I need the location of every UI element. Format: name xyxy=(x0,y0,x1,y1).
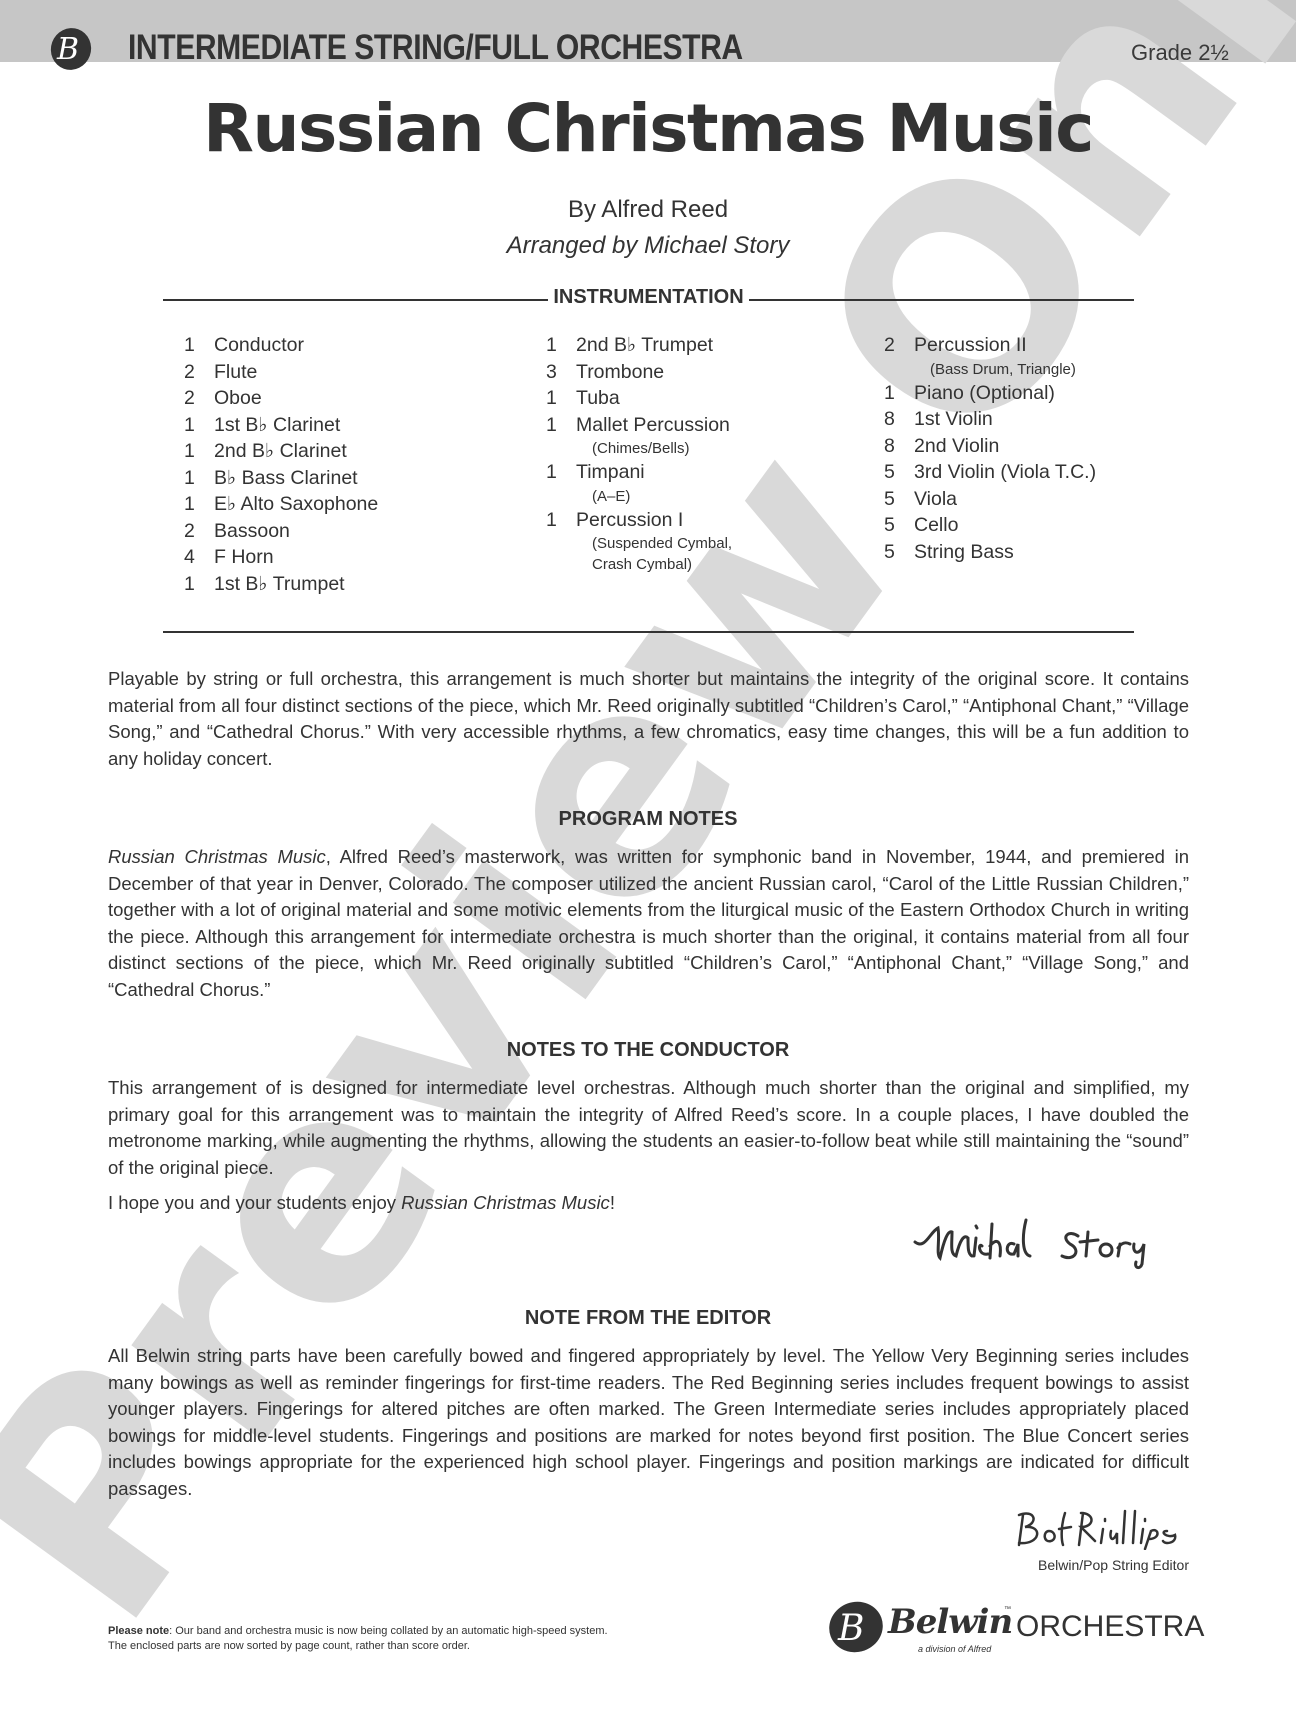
instrument-note: (Suspended Cymbal, xyxy=(546,533,732,554)
instrument-count: 1 xyxy=(546,459,576,486)
instrument-item: 82nd Violin xyxy=(884,433,1096,460)
instrument-item: 12nd B♭ Clarinet xyxy=(184,438,378,465)
instrument-count: 4 xyxy=(184,544,214,571)
belwin-b-logo-icon: B xyxy=(48,26,94,72)
program-notes-heading: PROGRAM NOTES xyxy=(0,808,1296,831)
instrument-count: 1 xyxy=(546,412,576,439)
instrument-name: Flute xyxy=(214,359,257,386)
instrument-item: 1Conductor xyxy=(184,332,378,359)
instrument-item: 5String Bass xyxy=(884,539,1096,566)
instrument-item: 2Oboe xyxy=(184,385,378,412)
instrument-count: 1 xyxy=(546,507,576,534)
page-title: Russian Christmas Music xyxy=(0,90,1296,167)
orchestra-wordmark: ORCHESTRA xyxy=(1016,1610,1204,1644)
instrument-item: 53rd Violin (Viola T.C.) xyxy=(884,459,1096,486)
closing-text: I hope you and your students enjoy xyxy=(108,1192,401,1213)
instrument-name: Tuba xyxy=(576,385,620,412)
instrument-name: Percussion I xyxy=(576,507,683,534)
instrument-item: 3Trombone xyxy=(546,359,732,386)
instrument-count: 1 xyxy=(184,438,214,465)
instrument-count: 8 xyxy=(884,406,914,433)
instrument-count: 5 xyxy=(884,459,914,486)
instrument-name: String Bass xyxy=(914,539,1014,566)
instrument-item: 2Bassoon xyxy=(184,518,378,545)
program-notes-text: , Alfred Reed’s masterwork, was written … xyxy=(108,846,1189,1000)
instrument-item: 5Cello xyxy=(884,512,1096,539)
instrument-count: 5 xyxy=(884,539,914,566)
conductor-notes-heading: NOTES TO THE CONDUCTOR xyxy=(0,1039,1296,1062)
instrument-name: 3rd Violin (Viola T.C.) xyxy=(914,459,1096,486)
instrument-name: Bassoon xyxy=(214,518,290,545)
instrument-count: 1 xyxy=(184,332,214,359)
instrument-name: Oboe xyxy=(214,385,262,412)
instrument-item: 4F Horn xyxy=(184,544,378,571)
instrumentation-bottom-rule xyxy=(163,631,1134,633)
instrument-column-3: 2Percussion II(Bass Drum, Triangle)1Pian… xyxy=(884,332,1096,565)
closing-italic: Russian Christmas Music xyxy=(401,1192,610,1213)
instrument-name: Piano (Optional) xyxy=(914,380,1055,407)
instrument-name: 2nd Violin xyxy=(914,433,999,460)
instrument-count: 5 xyxy=(884,486,914,513)
instrument-count: 1 xyxy=(546,332,576,359)
instrument-name: Viola xyxy=(914,486,957,513)
instrument-count: 1 xyxy=(184,412,214,439)
instrument-name: F Horn xyxy=(214,544,274,571)
grade-label: Grade 2½ xyxy=(1131,40,1229,66)
instrument-note: (Bass Drum, Triangle) xyxy=(884,359,1096,380)
instrument-item: 2Percussion II xyxy=(884,332,1096,359)
instrument-count: 3 xyxy=(546,359,576,386)
instrument-name: Conductor xyxy=(214,332,304,359)
instrument-count: 1 xyxy=(884,380,914,407)
please-note-line2: The enclosed parts are now sorted by pag… xyxy=(108,1640,470,1652)
instrument-name: 1st B♭ Trumpet xyxy=(214,571,345,598)
belwin-orchestra-logo: B Belwin ™ ORCHESTRA a division of Alfre… xyxy=(826,1598,1196,1658)
series-label: INTERMEDIATE STRING/FULL ORCHESTRA xyxy=(128,28,743,68)
belwin-mark-icon: B xyxy=(826,1598,886,1654)
please-note: Please note: Our band and orchestra musi… xyxy=(108,1624,608,1654)
instrument-name: 2nd B♭ Clarinet xyxy=(214,438,347,465)
instrument-count: 8 xyxy=(884,433,914,460)
instrument-count: 2 xyxy=(884,332,914,359)
instrument-item: 1Timpani xyxy=(546,459,732,486)
program-notes-paragraph: Russian Christmas Music, Alfred Reed’s m… xyxy=(108,844,1189,1003)
instrument-name: E♭ Alto Saxophone xyxy=(214,491,378,518)
closing-end: ! xyxy=(610,1192,615,1213)
instrument-note: (Chimes/Bells) xyxy=(546,438,732,459)
instrument-item: 1Mallet Percussion xyxy=(546,412,732,439)
instrument-item: 1Tuba xyxy=(546,385,732,412)
instrument-item: 1E♭ Alto Saxophone xyxy=(184,491,378,518)
instrument-count: 5 xyxy=(884,512,914,539)
trademark: ™ xyxy=(1004,1606,1011,1613)
instrument-note: Crash Cymbal) xyxy=(546,554,732,575)
editor-note-heading: NOTE FROM THE EDITOR xyxy=(0,1307,1296,1330)
instrument-item: 2Flute xyxy=(184,359,378,386)
instrument-name: Cello xyxy=(914,512,958,539)
instrumentation-heading: INSTRUMENTATION xyxy=(163,286,1134,312)
arranger: Arranged by Michael Story xyxy=(0,232,1296,260)
instrument-column-1: 1Conductor2Flute2Oboe11st B♭ Clarinet12n… xyxy=(184,332,378,597)
instrument-item: 1Percussion I xyxy=(546,507,732,534)
instrumentation-title: INSTRUMENTATION xyxy=(548,286,748,308)
instrument-note: (A–E) xyxy=(546,486,732,507)
instrument-item: 1B♭ Bass Clarinet xyxy=(184,465,378,492)
instrument-name: Percussion II xyxy=(914,332,1027,359)
instrument-name: 1st B♭ Clarinet xyxy=(214,412,340,439)
instrument-name: Timpani xyxy=(576,459,645,486)
instrument-item: 1Piano (Optional) xyxy=(884,380,1096,407)
instrument-item: 11st B♭ Clarinet xyxy=(184,412,378,439)
michael-story-signature xyxy=(910,1210,1190,1270)
instrument-name: 2nd B♭ Trumpet xyxy=(576,332,713,359)
instrument-item: 81st Violin xyxy=(884,406,1096,433)
editor-caption: Belwin/Pop String Editor xyxy=(900,1557,1189,1573)
please-note-text: : Our band and orchestra music is now be… xyxy=(169,1625,607,1637)
instrument-count: 2 xyxy=(184,518,214,545)
instrument-count: 2 xyxy=(184,359,214,386)
intro-paragraph: Playable by string or full orchestra, th… xyxy=(108,666,1189,772)
instrument-count: 1 xyxy=(546,385,576,412)
instrument-item: 11st B♭ Trumpet xyxy=(184,571,378,598)
instrument-count: 1 xyxy=(184,571,214,598)
composer: By Alfred Reed xyxy=(0,196,1296,224)
instrument-name: Trombone xyxy=(576,359,664,386)
editor-note-paragraph: All Belwin string parts have been carefu… xyxy=(108,1343,1189,1502)
svg-text:B: B xyxy=(56,32,79,67)
division-text: a division of Alfred xyxy=(918,1644,991,1654)
instrument-name: 1st Violin xyxy=(914,406,993,433)
instrument-name: B♭ Bass Clarinet xyxy=(214,465,358,492)
instrument-name: Mallet Percussion xyxy=(576,412,730,439)
instrument-item: 12nd B♭ Trumpet xyxy=(546,332,732,359)
belwin-wordmark: Belwin xyxy=(888,1602,1012,1642)
instrument-count: 1 xyxy=(184,491,214,518)
svg-text:B: B xyxy=(837,1608,864,1649)
bob-phillips-signature xyxy=(1015,1505,1195,1550)
please-note-label: Please note xyxy=(108,1625,169,1637)
instrument-column-2: 12nd B♭ Trumpet3Trombone1Tuba1Mallet Per… xyxy=(546,332,732,575)
work-title-italic: Russian Christmas Music xyxy=(108,846,326,867)
instrument-count: 2 xyxy=(184,385,214,412)
conductor-notes-paragraph: This arrangement of is designed for inte… xyxy=(108,1075,1189,1181)
instrument-item: 5Viola xyxy=(884,486,1096,513)
instrument-count: 1 xyxy=(184,465,214,492)
